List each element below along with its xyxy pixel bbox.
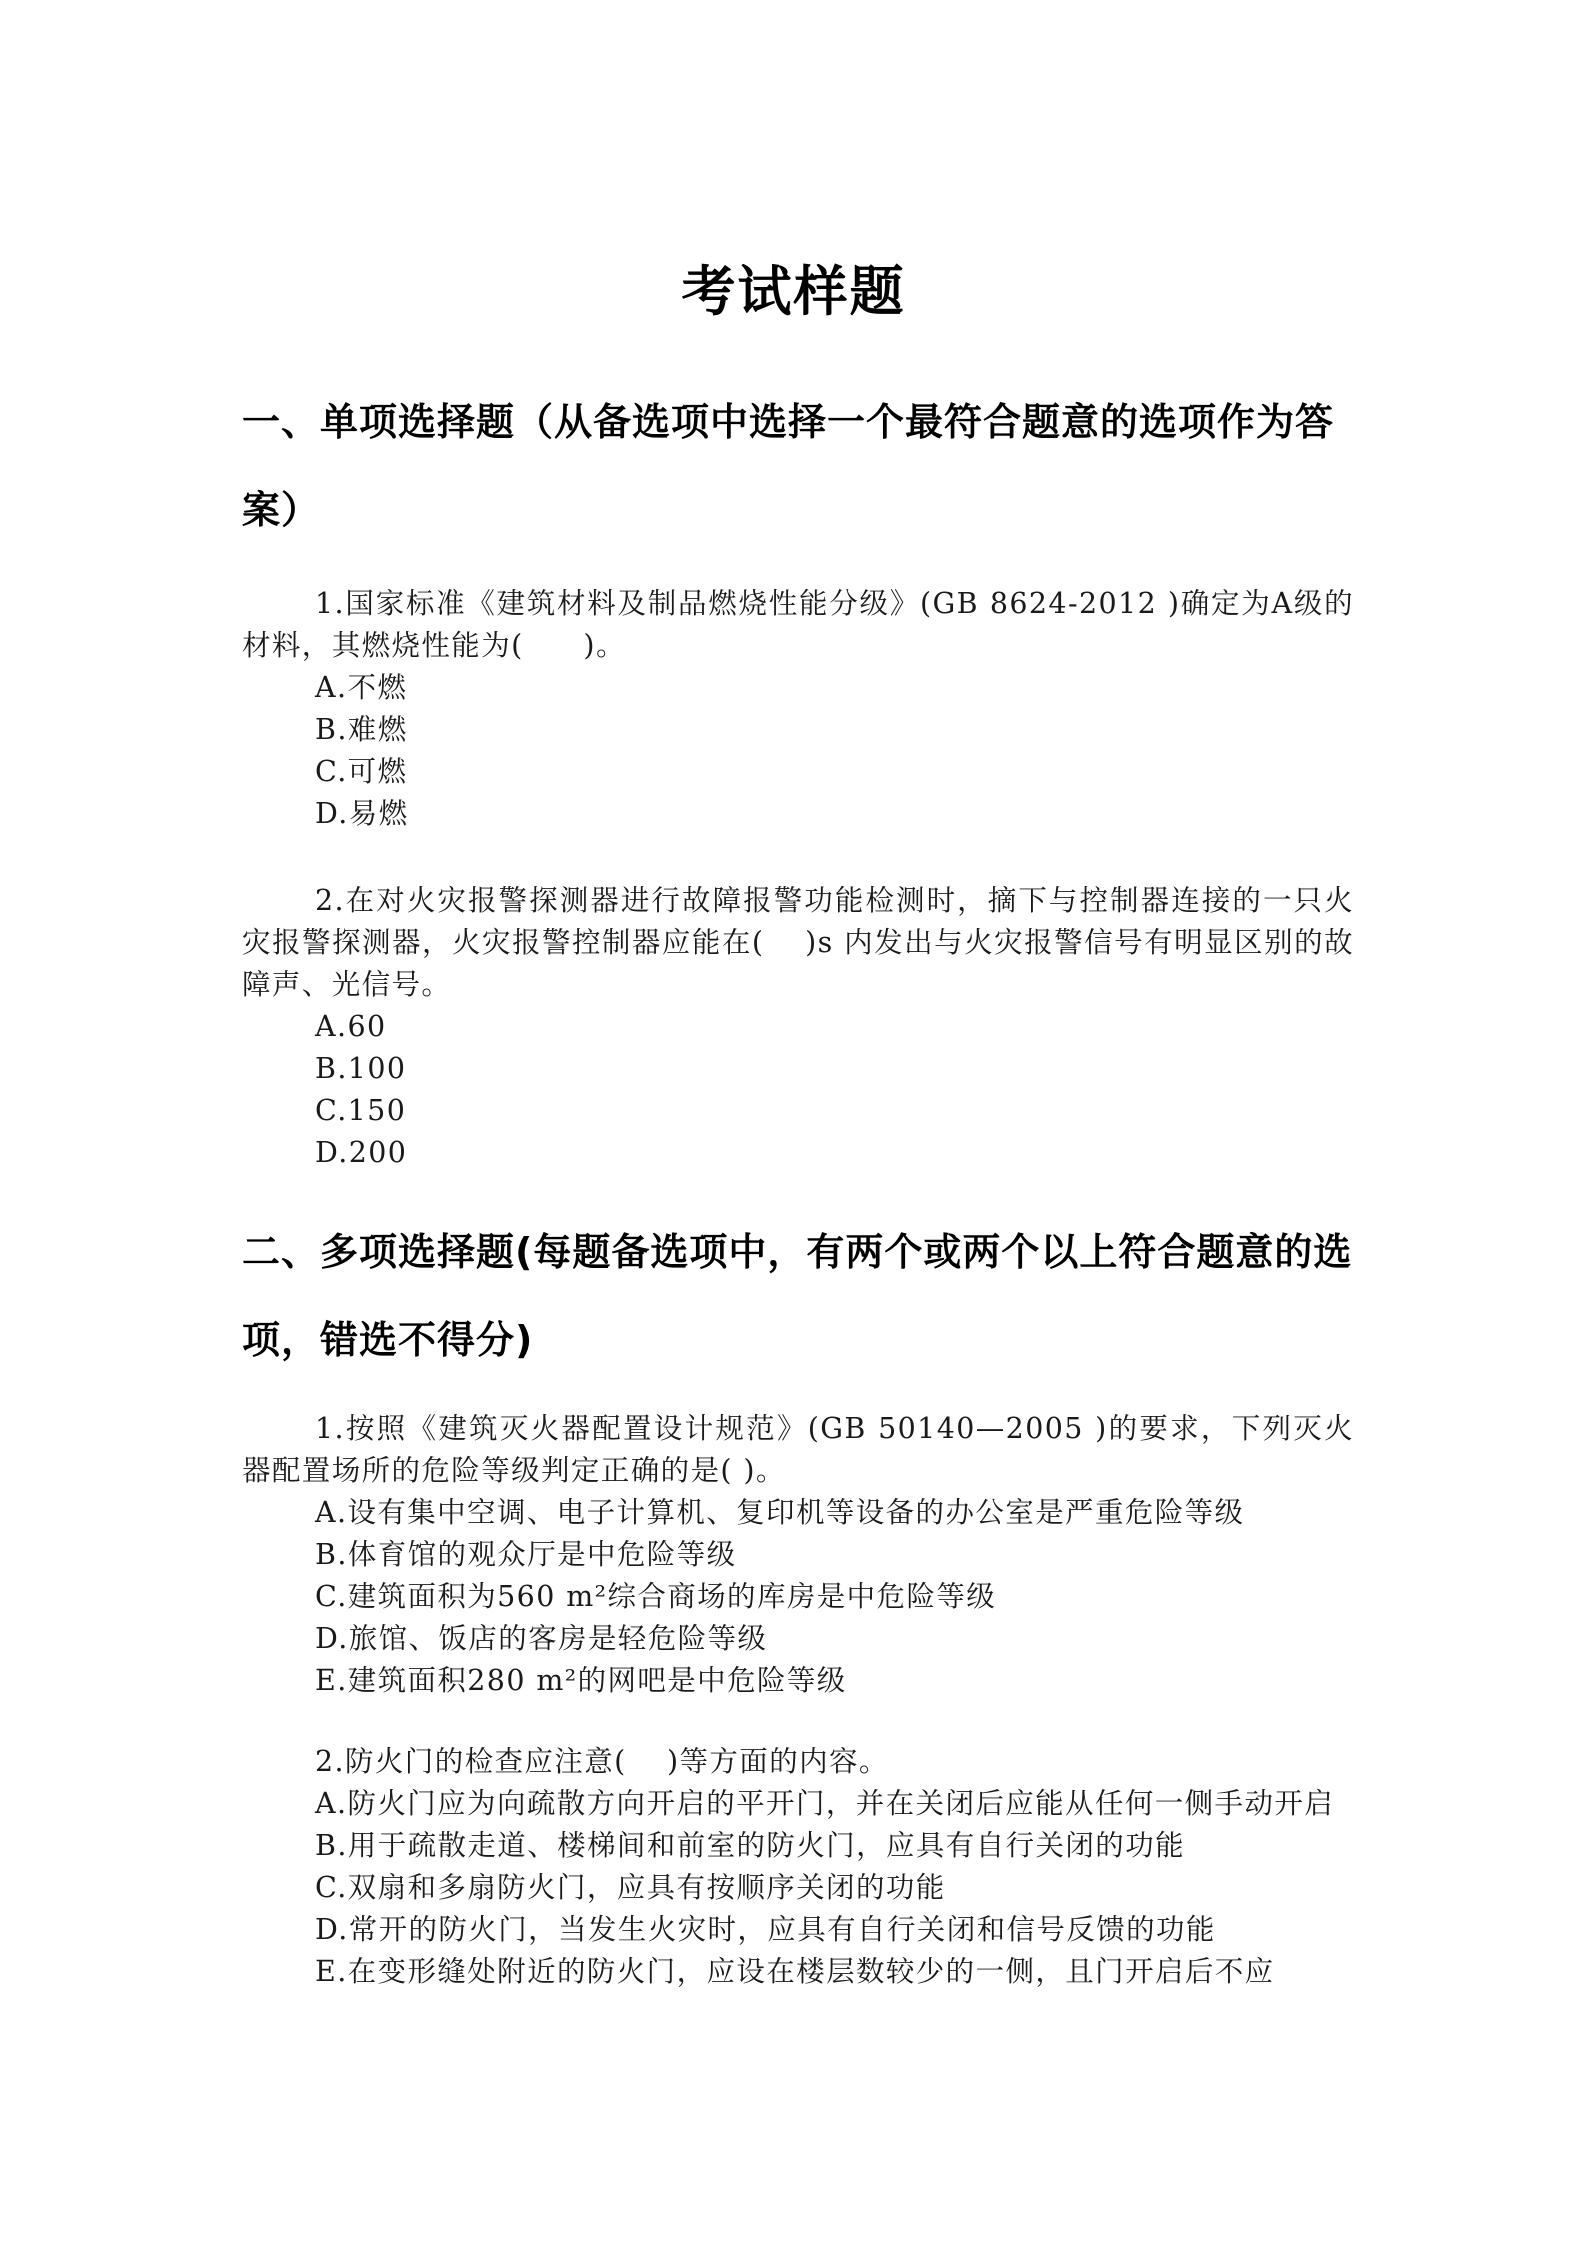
option-a: A.防火门应为向疏散方向开启的平开门，并在关闭后应能从任何一侧手动开启 <box>242 1783 1354 1825</box>
option-e: E.建筑面积280 m²的网吧是中危险等级 <box>242 1660 1354 1702</box>
question-multi-1: 1.按照《建筑灭火器配置设计规范》(GB 50140—2005 )的要求，下列灭… <box>242 1408 1354 1702</box>
option-c: C.150 <box>242 1090 1354 1132</box>
question-stem: 1.按照《建筑灭火器配置设计规范》(GB 50140—2005 )的要求，下列灭… <box>242 1408 1354 1492</box>
option-e: E.在变形缝处附近的防火门，应设在楼层数较少的一侧，且门开启后不应 <box>242 1951 1354 1993</box>
option-a: A.60 <box>242 1006 1354 1048</box>
question-single-2: 2.在对火灾报警探测器进行故障报警功能检测时，摘下与控制器连接的一只火灾报警探测… <box>242 880 1354 1174</box>
option-a: A.不燃 <box>242 667 1354 709</box>
option-b: B.100 <box>242 1048 1354 1090</box>
option-a: A.设有集中空调、电子计算机、复印机等设备的办公室是严重危险等级 <box>242 1492 1354 1534</box>
exam-page: 考试样题 一、单项选择题（从备选项中选择一个最符合题意的选项作为答案） 1.国家… <box>0 0 1587 2245</box>
section-heading-single-choice: 一、单项选择题（从备选项中选择一个最符合题意的选项作为答案） <box>242 378 1362 554</box>
option-d: D.旅馆、饭店的客房是轻危险等级 <box>242 1618 1354 1660</box>
section-heading-multiple-choice: 二、多项选择题(每题备选项中，有两个或两个以上符合题意的选项，错选不得分) <box>242 1208 1362 1384</box>
page-title: 考试样题 <box>0 252 1587 332</box>
option-c: C.建筑面积为560 m²综合商场的库房是中危险等级 <box>242 1576 1354 1618</box>
question-stem: 2.防火门的检查应注意( )等方面的内容。 <box>242 1741 1354 1783</box>
option-d: D.常开的防火门，当发生火灾时，应具有自行关闭和信号反馈的功能 <box>242 1909 1354 1951</box>
question-single-1: 1.国家标准《建筑材料及制品燃烧性能分级》(GB 8624-2012 )确定为A… <box>242 583 1354 835</box>
option-c: C.双扇和多扇防火门，应具有按顺序关闭的功能 <box>242 1867 1354 1909</box>
question-stem: 2.在对火灾报警探测器进行故障报警功能检测时，摘下与控制器连接的一只火灾报警探测… <box>242 880 1354 1006</box>
question-multi-2: 2.防火门的检查应注意( )等方面的内容。 A.防火门应为向疏散方向开启的平开门… <box>242 1741 1354 1993</box>
question-stem: 1.国家标准《建筑材料及制品燃烧性能分级》(GB 8624-2012 )确定为A… <box>242 583 1354 667</box>
option-b: B.体育馆的观众厅是中危险等级 <box>242 1534 1354 1576</box>
option-b: B.难燃 <box>242 709 1354 751</box>
option-d: D.易燃 <box>242 793 1354 835</box>
option-d: D.200 <box>242 1132 1354 1174</box>
option-b: B.用于疏散走道、楼梯间和前室的防火门，应具有自行关闭的功能 <box>242 1825 1354 1867</box>
option-c: C.可燃 <box>242 751 1354 793</box>
